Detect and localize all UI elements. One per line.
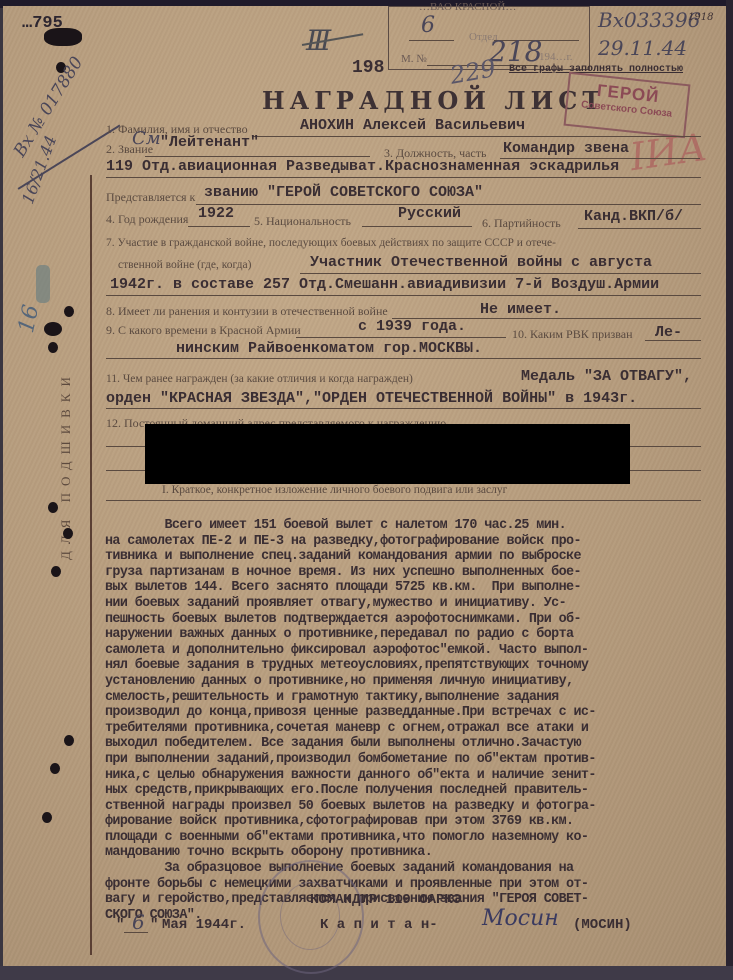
narrative-line: установлению данных о противнике,но прим…: [105, 674, 725, 690]
ink-smudge: [36, 265, 50, 303]
narrative-line: ника,с целью обнаружения важности данног…: [105, 768, 725, 784]
narrative-line: выходил победителем. Все задания были вы…: [105, 736, 725, 752]
narrative-line: фирование войск противника,сфотографиров…: [105, 814, 725, 830]
punch-hole: [63, 528, 73, 539]
field5-label: 5. Национальность: [254, 214, 351, 229]
stamp-line2-label: М. №: [401, 53, 427, 65]
field10-value-cont: нинским Райвоенкоматом гор.МОСКВЫ.: [176, 340, 482, 357]
field8-label: 8. Имеет ли ранения и контузии в отечест…: [106, 304, 388, 319]
commander-line: КОМАНДИР 119 ОАРКЭ: [310, 892, 461, 908]
stamp-line1-value: 6: [421, 13, 435, 38]
narrative-line: пешность боевых вылетов подтверждается а…: [105, 612, 725, 628]
presented-label: Представляется к: [106, 190, 195, 205]
field1-value: АНОХИН Алексей Васильевич: [300, 117, 525, 134]
field4-label: 4. Год рождения: [106, 212, 188, 227]
section-label: I. Краткое, конкретное изложение личного…: [162, 484, 507, 496]
narrative-line: За образцовое выполнение боевых заданий …: [105, 861, 725, 877]
page-number: 198: [352, 58, 384, 78]
presented-value: званию "ГЕРОЙ СОВЕТСКОГО СОЮЗА": [204, 184, 483, 201]
field6-value: Канд.ВКП/б/: [584, 208, 683, 225]
field7-label-line1: 7. Участие в гражданской войне, последую…: [106, 237, 556, 249]
narrative-line: Всего имеет 151 боевой вылет с налетом 1…: [105, 518, 725, 534]
narrative-line: мандованию точно вскрыть оборону противн…: [105, 845, 725, 861]
handwritten-mark: См: [132, 128, 161, 149]
narrative-line: самолета и дополнительно фиксировал аэро…: [105, 643, 725, 659]
narrative-line: нял боевые задания в трудных метеоуслови…: [105, 658, 725, 674]
stamp-header: …ВАО КРАСНОЙ…: [419, 1, 516, 13]
stamp-line2-year: 194…г.: [539, 51, 573, 63]
punch-hole: [64, 735, 74, 746]
punch-hole: [48, 342, 58, 353]
binding-margin-line: [90, 175, 92, 955]
narrative-line: требителями противника,сочетая маневр с …: [105, 721, 725, 737]
field11-value: Медаль "ЗА ОТВАГУ",: [521, 368, 692, 385]
redaction-block: [145, 424, 630, 484]
narrative-line: площади с военными об"ектами противника,…: [105, 830, 725, 846]
ink-blot: [44, 28, 82, 46]
field5-value: Русский: [398, 205, 461, 222]
narrative-line: производил до конца,привозя ценные разве…: [105, 705, 725, 721]
punch-hole: [51, 566, 61, 577]
signer-name: (МОСИН): [573, 917, 632, 933]
narrative-line: смелость,решительность и грамотную такти…: [105, 690, 725, 706]
field6-label: 6. Партийность: [482, 216, 561, 231]
signer-rank: К а п и т а н-: [320, 917, 438, 933]
narrative-line: груза партизанам в ночное время. Из них …: [105, 565, 725, 581]
narrative-line: ных средств,прикрывающих его.После получ…: [105, 783, 725, 799]
scan-border-right: [726, 0, 733, 980]
scan-border-bottom: [0, 966, 733, 980]
narrative-line: ственной награды произвел 50 боевых выле…: [105, 799, 725, 815]
field7-value: Участник Отечественной войны с августа: [310, 254, 652, 271]
date-rest: Мая 1944г.: [162, 917, 246, 933]
date-day: 6: [132, 910, 145, 934]
registry-date: 29.11.44: [598, 36, 687, 60]
punch-hole: [50, 763, 60, 774]
narrative-text: Всего имеет 151 боевой вылет с налетом 1…: [105, 518, 725, 923]
field11-value-cont: орден "КРАСНАЯ ЗВЕЗДА","ОРДЕН ОТЕЧЕСТВЕН…: [106, 390, 637, 407]
field10-label: 10. Каким РВК призван: [512, 327, 633, 342]
field8-value: Не имеет.: [480, 301, 561, 318]
field3-value-cont: 119 Отд.авиационная Разведыват.Краснозна…: [106, 158, 619, 175]
narrative-line: при выполнении заданий,производил бомбом…: [105, 752, 725, 768]
narrative-line: фронте борьбы с немецкими захватчиками и…: [105, 877, 725, 893]
punch-hole: [48, 502, 58, 513]
registry-number: Вх033396: [598, 8, 700, 32]
field7-label-line2: ственной войне (где, когда): [118, 259, 251, 271]
signature-scribble: Мосин: [482, 906, 559, 931]
narrative-line: нии боевых заданий проявляет отвагу,муже…: [105, 596, 725, 612]
field9-value: с 1939 года.: [358, 318, 466, 335]
punch-hole: [44, 322, 62, 336]
field7-value-cont: 1942г. в составе 257 Отд.Смешанн.авиадив…: [110, 276, 659, 293]
corner-handwritten-number: 1918: [688, 12, 713, 23]
narrative-line: вых вылетов 144. Всего заснято площади 5…: [105, 580, 725, 596]
field10-value: Ле-: [655, 324, 682, 341]
field9-label: 9. С какого времени в Красной Армии: [106, 323, 301, 338]
narrative-line: на самолетах ПЕ-2 и ПЕ-3 на разведку,фот…: [105, 534, 725, 550]
punch-hole: [64, 306, 74, 317]
field3-value: Командир звена: [503, 140, 629, 157]
field11-label: 11. Чем ранее награжден (за какие отличи…: [106, 373, 413, 385]
instruction-text: Все графы заполнять полностью: [509, 64, 683, 75]
document-title: НАГРАДНОЙ ЛИСТ: [262, 86, 605, 115]
narrative-line: наружении важных данных о противнике,пер…: [105, 627, 725, 643]
field2-value: "Лейтенант": [160, 134, 259, 151]
field4-value: 1922: [198, 205, 234, 222]
punch-hole: [42, 812, 52, 823]
narrative-line: тивника и выполнение спец.заданий команд…: [105, 549, 725, 565]
